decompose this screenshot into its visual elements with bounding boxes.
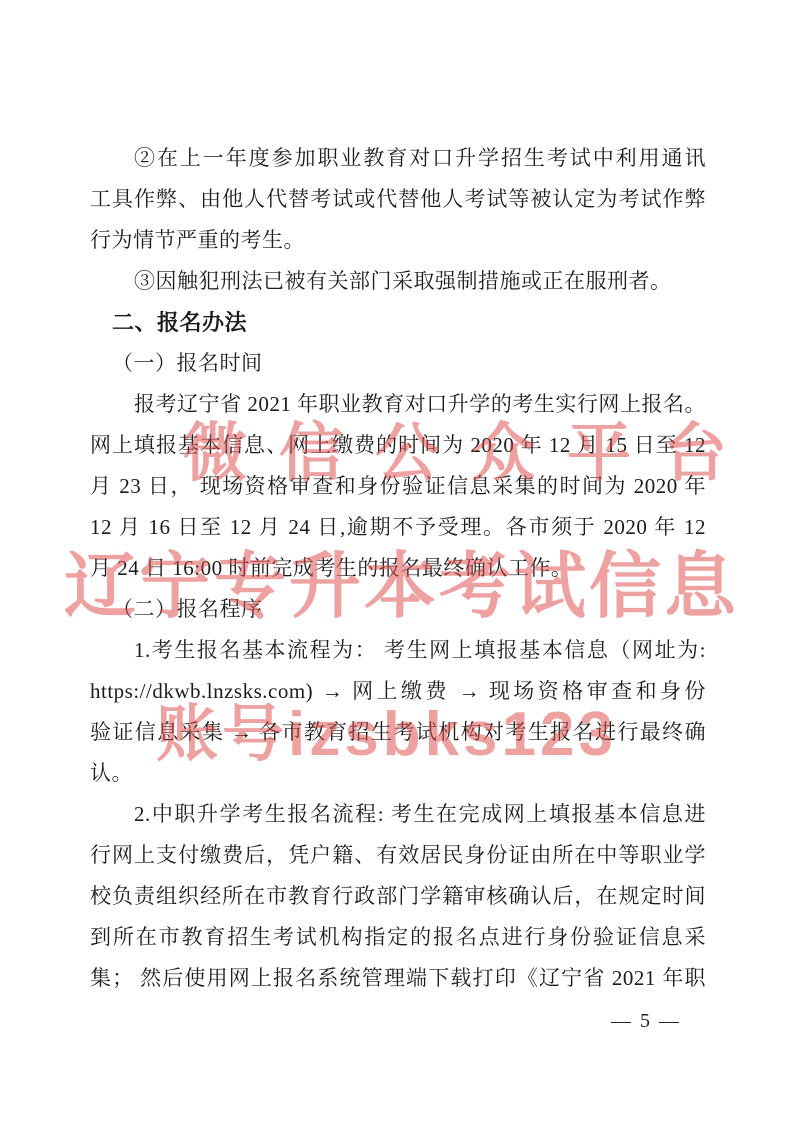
text-line: 1.考生报名基本流程为： 考生网上填报基本信息（网址为: bbox=[90, 630, 706, 671]
text-line: 报考辽宁省 2021 年职业教育对口升学的考生实行网上报名。 bbox=[90, 384, 706, 425]
text-line: 工具作弊、由他人代替考试或代替他人考试等被认定为考试作弊 bbox=[90, 179, 706, 220]
text-line: 12 月 16 日至 12 月 24 日,逾期不予受理。各市须于 2020 年 … bbox=[90, 507, 706, 548]
text-line: ③因触犯刑法已被有关部门采取强制措施或正在服刑者。 bbox=[90, 261, 706, 302]
text-line: 2.中职升学考生报名流程: 考生在完成网上填报基本信息进 bbox=[90, 794, 706, 835]
document-page: ②在上一年度参加职业教育对口升学招生考试中利用通讯工具作弊、由他人代替考试或代替… bbox=[0, 0, 800, 1131]
text-line: https://dkwb.lnzsks.com) → 网上缴费 → 现场资格审查… bbox=[90, 671, 706, 712]
text-line: （一）报名时间 bbox=[90, 343, 706, 384]
text-line: 月 24 日 16:00 时前完成考生的报名最终确认工作。 bbox=[90, 548, 706, 589]
text-line: 到所在市教育招生考试机构指定的报名点进行身份验证信息采 bbox=[90, 917, 706, 958]
text-line: 行为情节严重的考生。 bbox=[90, 220, 706, 261]
text-line: 认。 bbox=[90, 753, 706, 794]
text-line: 行网上支付缴费后，凭户籍、有效居民身份证由所在中等职业学 bbox=[90, 835, 706, 876]
text-line: 月 23 日， 现场资格审查和身份验证信息采集的时间为 2020 年 bbox=[90, 466, 706, 507]
text-line: 网上填报基本信息、网上缴费的时间为 2020 年 12 月 15 日至 12 bbox=[90, 425, 706, 466]
section-heading: 二、报名办法 bbox=[90, 302, 706, 343]
text-line: ②在上一年度参加职业教育对口升学招生考试中利用通讯 bbox=[90, 138, 706, 179]
text-line: 集； 然后使用网上报名系统管理端下载打印《辽宁省 2021 年职 bbox=[90, 958, 706, 999]
text-line: 验证信息采集 → 各市教育招生考试机构对考生报名进行最终确 bbox=[90, 712, 706, 753]
text-line: （二）报名程序 bbox=[90, 589, 706, 630]
page-number: — 5 — bbox=[598, 1010, 694, 1033]
text-line: 校负责组织经所在市教育行政部门学籍审核确认后，在规定时间 bbox=[90, 876, 706, 917]
document-body: ②在上一年度参加职业教育对口升学招生考试中利用通讯工具作弊、由他人代替考试或代替… bbox=[90, 138, 706, 999]
